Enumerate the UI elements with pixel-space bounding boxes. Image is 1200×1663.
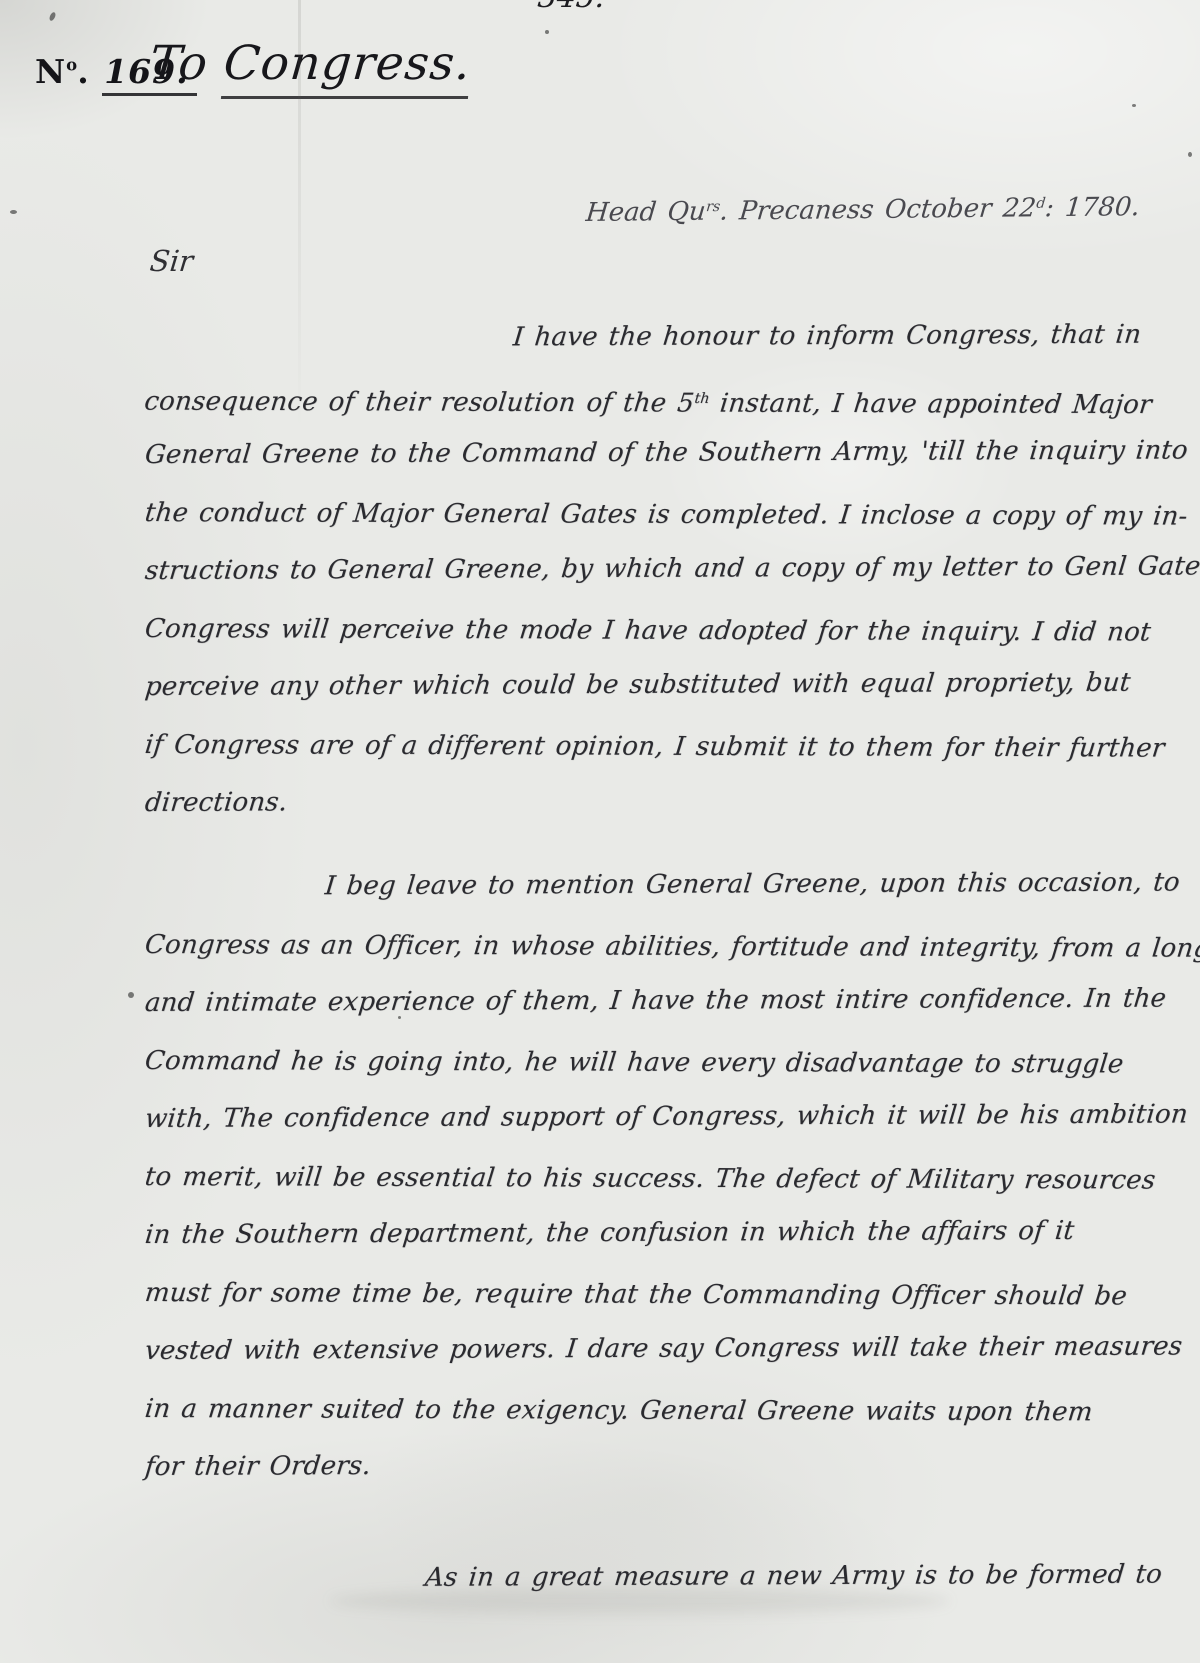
manuscript-line: must for some time be, require that the … xyxy=(142,1264,1200,1326)
manuscript-line: Congress as an Officer, in whose abiliti… xyxy=(142,916,1200,978)
manuscript-line: General Greene to the Command of the Sou… xyxy=(142,421,1200,484)
manuscript-line: vested with extensive powers. I dare say… xyxy=(142,1317,1200,1380)
ink-speck xyxy=(1132,104,1136,107)
manuscript-line: perceive any other which could be substi… xyxy=(142,653,1200,716)
manuscript-line: if Congress are of a different opinion, … xyxy=(142,716,1200,778)
ink-speck xyxy=(398,1016,401,1019)
text-fragment: consequence of their resolution of the 5 xyxy=(143,387,696,419)
ink-speck xyxy=(128,992,134,998)
salutation: Sir xyxy=(148,244,195,278)
paragraph-2: I beg leave to mention General Greene, u… xyxy=(145,858,1200,1496)
ink-speck xyxy=(1188,152,1192,157)
manuscript-line: with, The confidence and support of Cong… xyxy=(142,1085,1200,1148)
manuscript-line: structions to General Greene, by which a… xyxy=(142,537,1200,600)
manuscript-line: in a manner suited to the exigency. Gene… xyxy=(142,1380,1200,1442)
document-number-dot: . xyxy=(77,52,90,91)
ink-speck xyxy=(545,30,549,34)
manuscript-line: to merit, will be essential to his succe… xyxy=(142,1148,1200,1210)
manuscript-line: Command he is going into, he will have e… xyxy=(142,1032,1200,1094)
letter-title: To Congress. xyxy=(148,36,474,91)
dateline-fragment: : 1780. xyxy=(1044,192,1141,223)
manuscript-line: I beg leave to mention General Greene, u… xyxy=(142,853,1200,916)
manuscript-line: and intimate experience of them, I have … xyxy=(142,969,1200,1032)
dateline: Head Qurs. Precaness October 22d: 1780. xyxy=(585,192,1142,228)
manuscript-line: Congress will perceive the mode I have a… xyxy=(142,600,1200,662)
dateline-fragment: . Precaness October 22 xyxy=(718,193,1037,226)
ink-speck xyxy=(48,11,56,21)
title-to: To xyxy=(148,36,211,91)
manuscript-page: 345. No. 169. To Congress. Head Qurs. Pr… xyxy=(0,0,1200,1663)
title-congress: Congress. xyxy=(221,36,474,99)
ink-speck xyxy=(10,210,17,214)
manuscript-line: for their Orders. xyxy=(142,1433,1200,1496)
document-number-superscript: o xyxy=(66,56,77,75)
paper-crease xyxy=(298,0,301,430)
paper-smudge xyxy=(330,1588,950,1614)
manuscript-line: directions. xyxy=(142,769,1200,832)
dateline-fragment: Head Qu xyxy=(585,197,707,228)
text-fragment: instant, I have appointed Major xyxy=(707,389,1153,421)
document-number-letter: N xyxy=(35,52,66,91)
manuscript-line: in the Southern department, the confusio… xyxy=(142,1201,1200,1264)
manuscript-line: the conduct of Major General Gates is co… xyxy=(142,484,1200,546)
page-number-cut: 345. xyxy=(536,0,606,15)
paragraph-1: I have the honour to inform Congress, th… xyxy=(145,310,1200,832)
